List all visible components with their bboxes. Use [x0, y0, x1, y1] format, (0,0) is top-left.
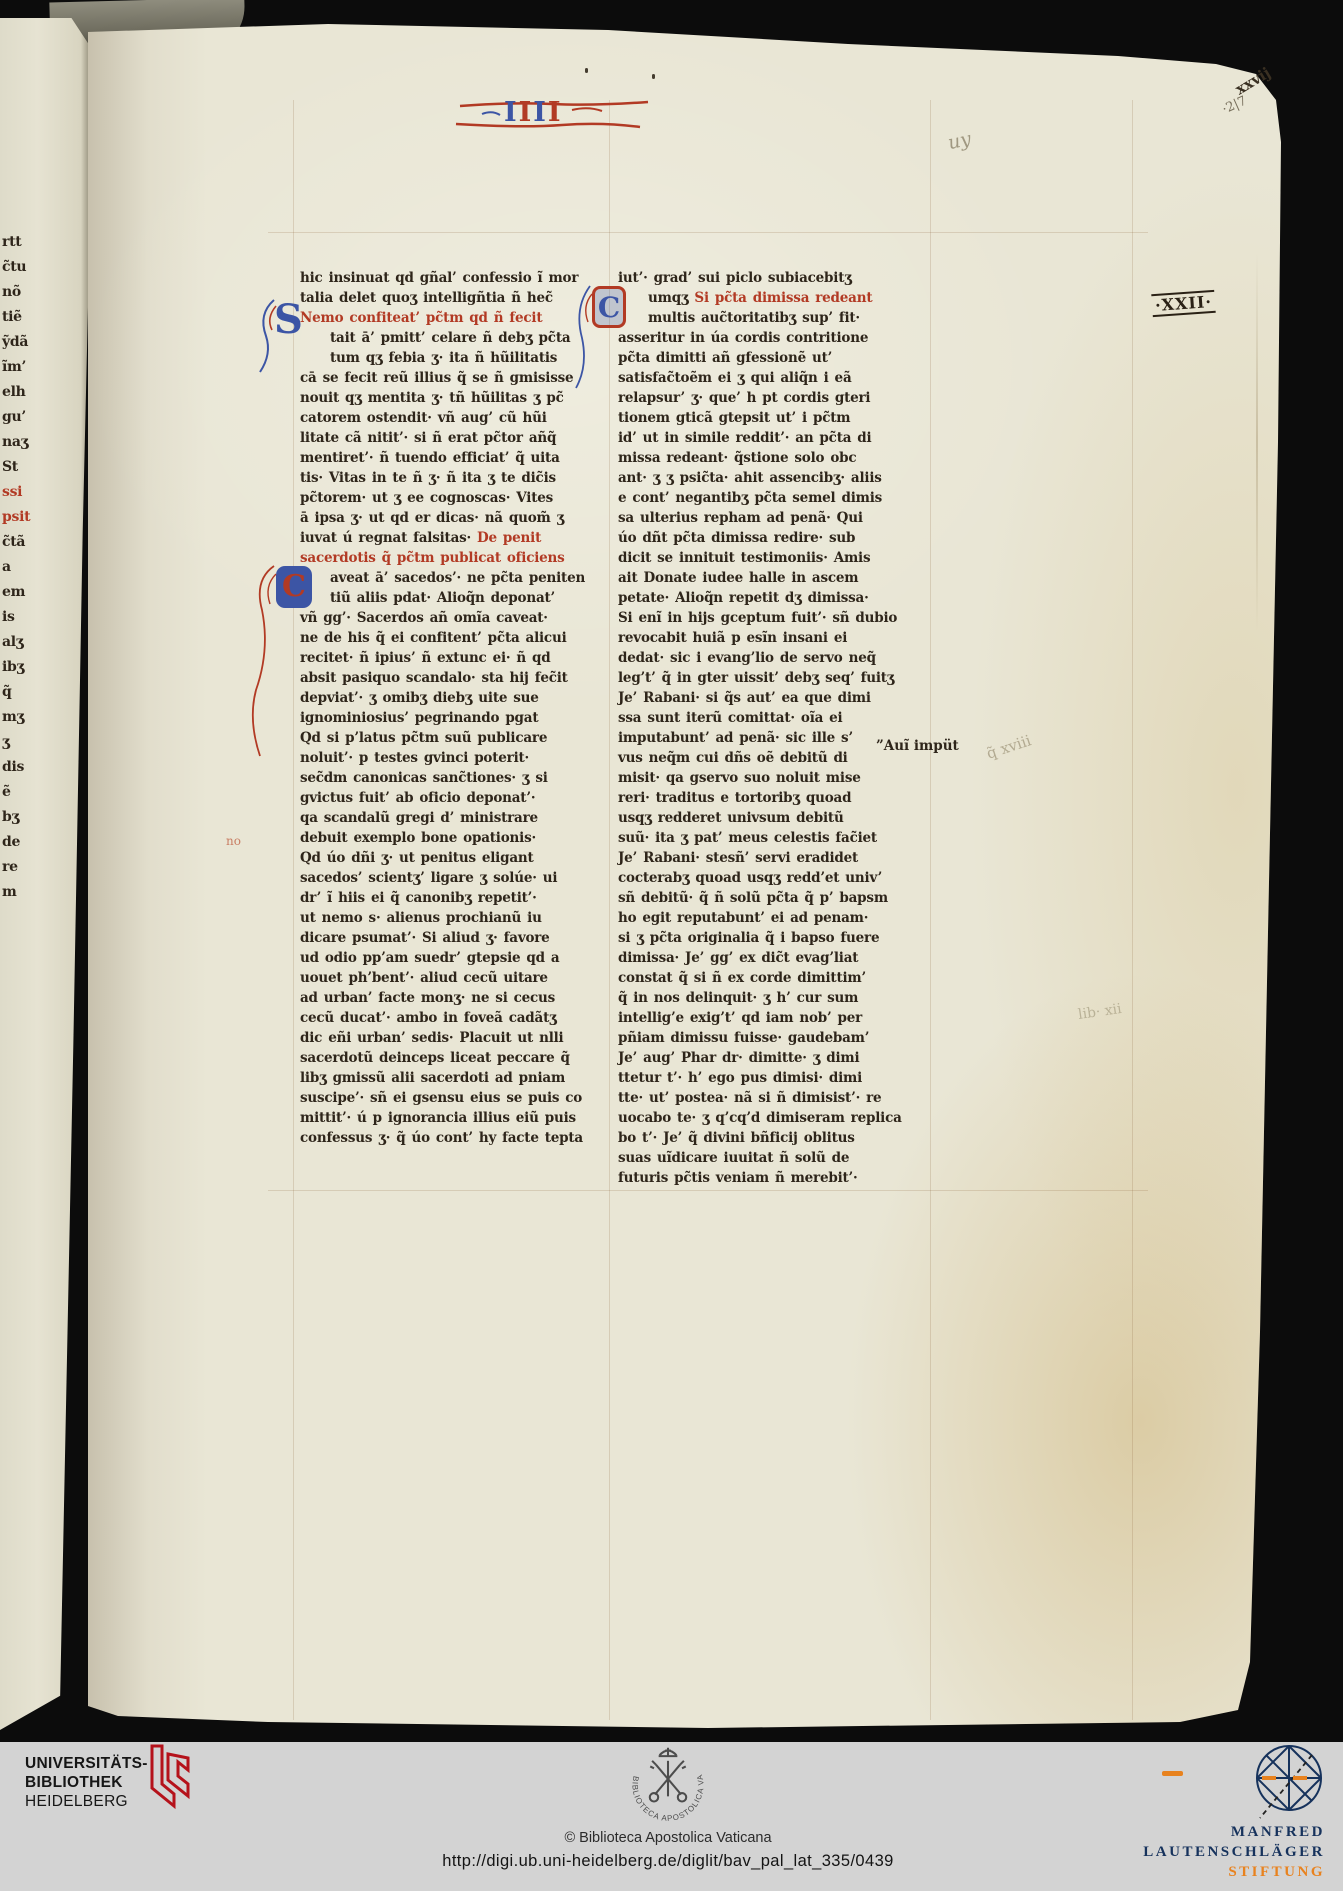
body-text: tis· Vitas in te ñ ʒ· ñ ita ʒ te dic̃is — [300, 470, 556, 486]
manuscript-text-line: qa scandalũ gregi d’ ministrare — [300, 808, 612, 828]
facing-page-fragment: ibʒ — [2, 655, 56, 680]
manuscript-text-line: ā ipsa ʒ· ut qd er dicas· nã quom̃ ʒ — [300, 508, 612, 528]
manuscript-text-line: suscipe’· sñ ei gsensu eius se puis co — [300, 1088, 612, 1108]
manuscript-text-line: catorem ostendit· vñ aug’ cũ hũi — [300, 408, 612, 428]
body-text: e cont’ negantibʒ pc̃ta semel dimis — [618, 490, 882, 506]
manuscript-text-line: noluit’· p testes gvinci poterit· — [300, 748, 612, 768]
facing-page-fragment: gu’ — [2, 405, 56, 430]
ub-logo-line: BIBLIOTHEK — [25, 1773, 148, 1792]
margin-chapter-number: ·XXII· — [1151, 290, 1215, 317]
body-text: ud odio pp’am suedr’ gtepsie qd a — [300, 950, 559, 966]
manuscript-text-line: petate· Alioq̃n repetit dʒ dimissa· — [618, 588, 930, 608]
body-text: futuris pc̃tis veniam ñ merebit’· — [618, 1170, 858, 1186]
parchment-crease — [1256, 252, 1258, 632]
body-text: tte· ut’ postea· nã si ñ dimisist’· re — [618, 1090, 881, 1106]
manuscript-text-line: Si enĩ in hijs gceptum fuit’· sñ dubio — [618, 608, 930, 628]
body-text: intellig’e exig’t’ qd iam nob’ per — [618, 1010, 862, 1026]
body-text: talia delet quoʒ intelligñtia ñ hec̃ — [300, 290, 553, 306]
facing-page-fragment: mʒ — [2, 705, 56, 730]
manuscript-text-line: ud odio pp’am suedr’ gtepsie qd a — [300, 948, 612, 968]
body-text: ignominiosius’ pegrinando pgat — [300, 710, 538, 726]
body-text: libʒ gmissũ alii sacerdoti ad pniam — [300, 1070, 565, 1086]
manuscript-text-line: futuris pc̃tis veniam ñ merebit’· — [618, 1168, 930, 1188]
body-text: tiũ aliis pdat· Alioq̃n deponat’ — [330, 590, 555, 606]
manuscript-text-line: ait Donate iudee halle in ascem — [618, 568, 930, 588]
foundation-line: MANFRED — [1065, 1822, 1325, 1842]
body-text: ssa sunt iterũ comittat· oĩa ei — [618, 710, 843, 726]
manuscript-text-line: id’ ut in simile reddit’· an pc̃ta di — [618, 428, 930, 448]
margin-gloss-ink: ”Auĩ impüt — [876, 738, 959, 754]
body-text: dedat· sic i evang’lio de servo neq̃ — [618, 650, 876, 666]
manuscript-text-line: hic insinuat qd gñal’ confessio ĩ mor — [300, 268, 612, 288]
facing-page-fragment: rtt — [2, 230, 56, 255]
facing-page-fragment: ssi — [2, 480, 56, 505]
body-text: Je’ Rabani· si q̃s aut’ ea que dimi — [618, 690, 871, 706]
body-text: petate· Alioq̃n repetit dʒ dimissa· — [618, 590, 869, 606]
body-text: ad urban’ facte monʒ· ne si cecus — [300, 990, 555, 1006]
numeral-letter: I — [504, 97, 519, 128]
body-text: asseritur in úa cordis contritione — [618, 330, 868, 346]
foundation-line: LAUTENSCHLÄGER — [1065, 1842, 1325, 1862]
manuscript-text-line: úo dñt pc̃ta dimissa redire· sub — [618, 528, 930, 548]
body-text: sacerdotũ deinceps liceat peccare q̃ — [300, 1050, 570, 1066]
manuscript-text-line: missa redeant· q̃stione solo obc — [618, 448, 930, 468]
ruling-line-horizontal — [268, 232, 1148, 233]
manuscript-text-line: debuit exemplo bone opationis· — [300, 828, 612, 848]
manuscript-text-line: q̃ in nos delinquit· ʒ h’ cur sum — [618, 988, 930, 1008]
body-text: recitet· ñ ipius’ ñ extunc ei· ñ qd — [300, 650, 551, 666]
university-library-logo-text: UNIVERSITÄTS- BIBLIOTHEK HEIDELBERG — [25, 1754, 148, 1811]
body-text: leg’t’ q̃ in gter uissit’ debʒ seq’ fuit… — [618, 670, 894, 686]
body-text: revocabit huiã p esĩn insani ei — [618, 630, 847, 646]
facing-page-fragment: em — [2, 580, 56, 605]
manuscript-text-line: cecũ ducat’· ambo in foveã cadãtʒ — [300, 1008, 612, 1028]
manuscript-text-line: revocabit huiã p esĩn insani ei — [618, 628, 930, 648]
manuscript-text-line: tait ā’ pmitt’ celare ñ debʒ pc̃ta — [300, 328, 612, 348]
manuscript-text-line: usqʒ redderet univsum debitũ — [618, 808, 930, 828]
manuscript-text-line: bo t’· Je’ q̃ divini bñficij oblitus — [618, 1128, 930, 1148]
body-text: uocabo te· ʒ q’cq’d dimiseram replica — [618, 1110, 902, 1126]
body-text: dimissa· Je’ gg’ ex dic̃t evag’liat — [618, 950, 858, 966]
manuscript-text-line: sacedos’ scientʒ’ ligare ʒ solúe· ui — [300, 868, 612, 888]
body-text: ho egit reputabunt’ ei ad penam· — [618, 910, 868, 926]
facing-page-fragment: nõ — [2, 280, 56, 305]
manuscript-text-line: ttetur t’· h’ ego pus dimisi· dimi — [618, 1068, 930, 1088]
manuscript-text-line: dimissa· Je’ gg’ ex dic̃t evag’liat — [618, 948, 930, 968]
text-column-right: iut’· grad’ sui piclo subiacebitʒumqʒ Si… — [618, 268, 930, 1188]
lautenschlaeger-foundation-text: MANFRED LAUTENSCHLÄGER STIFTUNG — [1065, 1822, 1325, 1882]
chapter-numeral-heading: IIII — [452, 92, 652, 136]
facing-page-fragment: m — [2, 880, 56, 905]
facing-page-fragment: alʒ — [2, 630, 56, 655]
body-text: uouet ph’bent’· aliud cecũ uitare — [300, 970, 548, 986]
manuscript-text-line: leg’t’ q̃ in gter uissit’ debʒ seq’ fuit… — [618, 668, 930, 688]
manuscript-text-line: cocterabʒ quoad usqʒ redd’et univ’ — [618, 868, 930, 888]
facing-page-fragment: c̃tã — [2, 530, 56, 555]
body-text: vus neq̃m cui dñs oẽ debitũ di — [618, 750, 848, 766]
body-text: constat q̃ si ñ ex corde dimittim’ — [618, 970, 866, 986]
body-text: satisfac̃toẽm ei ʒ qui aliq̃n i eã — [618, 370, 852, 386]
manuscript-text-line: constat q̃ si ñ ex corde dimittim’ — [618, 968, 930, 988]
manuscript-text-line: uouet ph’bent’· aliud cecũ uitare — [300, 968, 612, 988]
manuscript-text-line: e cont’ negantibʒ pc̃ta semel dimis — [618, 488, 930, 508]
body-text: absit pasiquo scandalo· sta hij fec̃it — [300, 670, 568, 686]
body-text: id’ ut in simile reddit’· an pc̃ta di — [618, 430, 871, 446]
body-text: ait Donate iudee halle in ascem — [618, 570, 858, 586]
manuscript-text-line: tum qʒ febia ʒ· ita ñ hũilitatis — [300, 348, 612, 368]
manuscript-text-line: absit pasiquo scandalo· sta hij fec̃it — [300, 668, 612, 688]
body-text: q̃ in nos delinquit· ʒ h’ cur sum — [618, 990, 858, 1006]
manuscript-text-line: ant· ʒ ʒ psic̃ta· ahit assencibʒ· aliis — [618, 468, 930, 488]
ub-heidelberg-book-icon — [138, 1744, 196, 1810]
facing-page-fragment: ẽ — [2, 780, 56, 805]
manuscript-text-line: suũ· ita ʒ pat’ meus celestis fac̃iet — [618, 828, 930, 848]
body-text: litate cã nitit’· si ñ erat pc̃tor añq̃ — [300, 430, 556, 446]
manuscript-text-line: depviat’· ʒ omibʒ diebʒ uite sue — [300, 688, 612, 708]
body-text: multis auc̃toritatibʒ sup’ fit· — [648, 310, 860, 326]
facing-page-fragment: ĩm’ — [2, 355, 56, 380]
body-text: iuvat ú regnat falsitas· — [300, 530, 477, 546]
body-text: reri· traditus e tortoribʒ quoad — [618, 790, 851, 806]
manuscript-text-line: dic eñi urban’ sedis· Placuit ut nlli — [300, 1028, 612, 1048]
facing-page-fragment: ʒ — [2, 730, 56, 755]
ruling-line-vertical — [930, 100, 931, 1720]
manuscript-text-line: pc̃ta dimitti añ gfessionẽ ut’ — [618, 348, 930, 368]
decorated-initial-C: C — [592, 286, 626, 328]
ub-logo-line: UNIVERSITÄTS- — [25, 1754, 148, 1773]
facing-page-fragment: de — [2, 830, 56, 855]
body-text: tum qʒ febia ʒ· ita ñ hũilitatis — [330, 350, 557, 366]
manuscript-text-line: pc̃torem· ut ʒ ee cognoscas· Vites — [300, 488, 612, 508]
ink-speck — [652, 74, 655, 79]
body-text: cecũ ducat’· ambo in foveã cadãtʒ — [300, 1010, 557, 1026]
facing-page-fragment: naʒ — [2, 430, 56, 455]
digitized-manuscript-scan: rttc̃tunõtiẽỹdãĩm’elhgu’naʒStssipsitc̃… — [0, 0, 1343, 1891]
ruling-line-vertical — [293, 100, 294, 1720]
facing-page-text-fragments: rttc̃tunõtiẽỹdãĩm’elhgu’naʒStssipsitc̃… — [2, 230, 56, 905]
ruling-line-vertical — [1132, 100, 1133, 1720]
rubric-text: Nemo confiteat’ pc̃tm qd ñ fecit — [300, 310, 542, 326]
source-url: http://digi.ub.uni-heidelberg.de/diglit/… — [338, 1852, 998, 1871]
manuscript-text-line: uocabo te· ʒ q’cq’d dimiseram replica — [618, 1108, 930, 1128]
manuscript-text-line: sacerdotũ deinceps liceat peccare q̃ — [300, 1048, 612, 1068]
numeral-letter: I — [533, 97, 548, 128]
body-text: dicit se innituit testimoniis· Amis — [618, 550, 870, 566]
manuscript-text-line: ignominiosius’ pegrinando pgat — [300, 708, 612, 728]
body-text: suũ· ita ʒ pat’ meus celestis fac̃iet — [618, 830, 877, 846]
manuscript-text-line: satisfac̃toẽm ei ʒ qui aliq̃n i eã — [618, 368, 930, 388]
body-text: misit· qa gservo suo noluit mise — [618, 770, 861, 786]
numeral-text: IIII — [504, 98, 563, 128]
manuscript-text-line: dedat· sic i evang’lio de servo neq̃ — [618, 648, 930, 668]
facing-page-fragment: dis — [2, 755, 56, 780]
body-text: suscipe’· sñ ei gsensu eius se puis co — [300, 1090, 582, 1106]
manuscript-text-line: confessus ʒ· q̃ úo cont’ hy facte tepta — [300, 1128, 612, 1148]
manuscript-text-line: talia delet quoʒ intelligñtia ñ hec̃ — [300, 288, 612, 308]
body-text: sa ulterius repham ad penã· Qui — [618, 510, 863, 526]
facing-page-fragment: bʒ — [2, 805, 56, 830]
facing-page-fragment: tiẽ — [2, 305, 56, 330]
body-text: si ʒ pc̃ta originalia q̃ i bapso fuere — [618, 930, 879, 946]
body-text: ne de his q̃ ei confitent’ pc̃ta alicui — [300, 630, 567, 646]
numeral-letter: I — [519, 97, 534, 128]
body-text: relapsur’ ʒ· que’ h pt cordis gteri — [618, 390, 870, 406]
manuscript-text-line: gvictus fuit’ ab oficio deponat’· — [300, 788, 612, 808]
manuscript-text-line: dicare psumat’· Si aliud ʒ· favore — [300, 928, 612, 948]
foundation-logo-dash — [1162, 1771, 1183, 1776]
manuscript-text-line: litate cã nitit’· si ñ erat pc̃tor añq̃ — [300, 428, 612, 448]
body-text: Qd úo dñi ʒ· ut penitus eligant — [300, 850, 534, 866]
body-text: suas uĩdicare iuuitat ñ solũ de — [618, 1150, 849, 1166]
manuscript-text-line: ut nemo s· alienus prochianũ iu — [300, 908, 612, 928]
body-text: depviat’· ʒ omibʒ diebʒ uite sue — [300, 690, 539, 706]
body-text: dr’ ĩ hiis ei q̃ canonibʒ repetit’· — [300, 890, 537, 906]
manuscript-text-line: nouit qʒ mentita ʒ· tñ hũilitas ʒ pc̃ — [300, 388, 612, 408]
manuscript-text-line: asseritur in úa cordis contritione — [618, 328, 930, 348]
manuscript-text-line: pñiam dimissu fuisse· gaudebam’ — [618, 1028, 930, 1048]
body-text: ā ipsa ʒ· ut qd er dicas· nã quom̃ ʒ — [300, 510, 564, 526]
body-text: iut’· grad’ sui piclo subiacebitʒ — [618, 270, 852, 286]
lautenschlaeger-foundation-icon — [1246, 1742, 1332, 1828]
decorated-initial-S: S — [274, 300, 303, 340]
body-text: gvictus fuit’ ab oficio deponat’· — [300, 790, 535, 806]
decorated-initial-C: C — [276, 566, 312, 608]
foundation-line: STIFTUNG — [1065, 1862, 1325, 1882]
body-text: dic eñi urban’ sedis· Placuit ut nlli — [300, 1030, 564, 1046]
body-text: confessus ʒ· q̃ úo cont’ hy facte tepta — [300, 1130, 583, 1146]
manuscript-text-line: reri· traditus e tortoribʒ quoad — [618, 788, 930, 808]
manuscript-text-line: tionem gticã gtepsit ut’ i pc̃tm — [618, 408, 930, 428]
manuscript-text-line: mittit’· ú p ignorancia illius eiũ puis — [300, 1108, 612, 1128]
facing-page-fragment: St — [2, 455, 56, 480]
manuscript-text-line: Nemo confiteat’ pc̃tm qd ñ fecit — [300, 308, 612, 328]
rubric-text: De penit — [477, 530, 541, 546]
manuscript-text-line: dr’ ĩ hiis ei q̃ canonibʒ repetit’· — [300, 888, 612, 908]
manuscript-text-line: ad urban’ facte monʒ· ne si cecus — [300, 988, 612, 1008]
body-text: vñ gg’· Sacerdos añ omĩa caveat· — [300, 610, 548, 626]
body-text: cocterabʒ quoad usqʒ redd’et univ’ — [618, 870, 882, 886]
facing-page-edge: rttc̃tunõtiẽỹdãĩm’elhgu’naʒStssipsitc̃… — [0, 18, 94, 1730]
body-text: mittit’· ú p ignorancia illius eiũ puis — [300, 1110, 576, 1126]
ink-speck — [585, 68, 588, 73]
manuscript-text-line: aveat ā’ sacedos’· ne pc̃ta peniten — [300, 568, 612, 588]
manuscript-text-line: vñ gg’· Sacerdos añ omĩa caveat· — [300, 608, 612, 628]
manuscript-text-line: Qd si p’latus pc̃tm suũ publicare — [300, 728, 612, 748]
body-text: pc̃torem· ut ʒ ee cognoscas· Vites — [300, 490, 553, 506]
manuscript-text-line: sñ debitũ· q̃ ñ solũ pc̃ta q̃ p’ bapsm — [618, 888, 930, 908]
manuscript-text-line: Je’ aug’ Phar dr· dimitte· ʒ dimi — [618, 1048, 930, 1068]
body-text: imputabunt’ ad penã· sic ille s’ — [618, 730, 853, 746]
manuscript-text-line: intellig’e exig’t’ qd iam nob’ per — [618, 1008, 930, 1028]
manuscript-text-line: suas uĩdicare iuuitat ñ solũ de — [618, 1148, 930, 1168]
facing-page-fragment: is — [2, 605, 56, 630]
manuscript-text-line: libʒ gmissũ alii sacerdoti ad pniam — [300, 1068, 612, 1088]
manuscript-text-line: tte· ut’ postea· nã si ñ dimisist’· re — [618, 1088, 930, 1108]
body-text: missa redeant· q̃stione solo obc — [618, 450, 856, 466]
manuscript-text-line: sec̃dm canonicas sanc̃tiones· ʒ si — [300, 768, 612, 788]
pencil-squiggle-note: uy — [946, 128, 973, 154]
facing-page-fragment: re — [2, 855, 56, 880]
body-text: mentiret’· ñ tuendo efficiat’ q̃ uita — [300, 450, 560, 466]
facing-page-fragment: a — [2, 555, 56, 580]
text-column-left: hic insinuat qd gñal’ confessio ĩ mortal… — [300, 268, 612, 1148]
facing-page-fragment: elh — [2, 380, 56, 405]
manuscript-text-line: iut’· grad’ sui piclo subiacebitʒ — [618, 268, 930, 288]
manuscript-text-line: Je’ Rabani· si q̃s aut’ ea que dimi — [618, 688, 930, 708]
body-text: Je’ aug’ Phar dr· dimitte· ʒ dimi — [618, 1050, 859, 1066]
body-text: tionem gticã gtepsit ut’ i pc̃tm — [618, 410, 850, 426]
body-text: dicare psumat’· Si aliud ʒ· favore — [300, 930, 550, 946]
manuscript-text-line: tis· Vitas in te ñ ʒ· ñ ita ʒ te dic̃is — [300, 468, 612, 488]
body-text: nouit qʒ mentita ʒ· tñ hũilitas ʒ pc̃ — [300, 390, 564, 406]
body-text: aveat ā’ sacedos’· ne pc̃ta peniten — [330, 570, 585, 586]
facing-page-fragment: q̃ — [2, 680, 56, 705]
numeral-letter: I — [548, 97, 563, 128]
manuscript-text-line: Je’ Rabani· stesñ’ servi eradidet — [618, 848, 930, 868]
body-text: sñ debitũ· q̃ ñ solũ pc̃ta q̃ p’ bapsm — [618, 890, 888, 906]
body-text: Je’ Rabani· stesñ’ servi eradidet — [618, 850, 858, 866]
body-text: bo t’· Je’ q̃ divini bñficij oblitus — [618, 1130, 855, 1146]
ub-logo-line: HEIDELBERG — [25, 1792, 148, 1811]
red-margin-note: no — [226, 834, 241, 848]
manuscript-text-line: mentiret’· ñ tuendo efficiat’ q̃ uita — [300, 448, 612, 468]
body-text: usqʒ redderet univsum debitũ — [618, 810, 844, 826]
body-text: sacedos’ scientʒ’ ligare ʒ solúe· ui — [300, 870, 557, 886]
body-text: tait ā’ pmitt’ celare ñ debʒ pc̃ta — [330, 330, 570, 346]
body-text: ttetur t’· h’ ego pus dimisi· dimi — [618, 1070, 862, 1086]
vatican-library-seal: BIBLIOTECA APOSTOLICA VATICANA — [596, 1744, 740, 1830]
manuscript-text-line: ssa sunt iterũ comittat· oĩa ei — [618, 708, 930, 728]
body-text: noluit’· p testes gvinci poterit· — [300, 750, 529, 766]
manuscript-text-line: recitet· ñ ipius’ ñ extunc ei· ñ qd — [300, 648, 612, 668]
body-text: úo dñt pc̃ta dimissa redire· sub — [618, 530, 855, 546]
manuscript-text-line: Qd úo dñi ʒ· ut penitus eligant — [300, 848, 612, 868]
manuscript-text-line: ne de his q̃ ei confitent’ pc̃ta alicui — [300, 628, 612, 648]
body-text: debuit exemplo bone opationis· — [300, 830, 536, 846]
body-text: pñiam dimissu fuisse· gaudebam’ — [618, 1030, 869, 1046]
body-text: cā se fecit reũ illius q̃ se ñ gmisisse — [300, 370, 573, 386]
manuscript-text-line: sa ulterius repham ad penã· Qui — [618, 508, 930, 528]
body-text: hic insinuat qd gñal’ confessio ĩ mor — [300, 270, 578, 286]
body-text: ut nemo s· alienus prochianũ iu — [300, 910, 542, 926]
manuscript-text-line: tiũ aliis pdat· Alioq̃n deponat’ — [300, 588, 612, 608]
body-text: Qd si p’latus pc̃tm suũ publicare — [300, 730, 547, 746]
ruling-line-horizontal — [268, 1190, 1148, 1191]
manuscript-text-line: ho egit reputabunt’ ei ad penam· — [618, 908, 930, 928]
manuscript-text-line: relapsur’ ʒ· que’ h pt cordis gteri — [618, 388, 930, 408]
manuscript-text-line: multis auc̃toritatibʒ sup’ fit· — [618, 308, 930, 328]
rubric-text: Si pc̃ta dimissa redeant — [694, 290, 872, 306]
body-text: catorem ostendit· vñ aug’ cũ hũi — [300, 410, 547, 426]
body-text: umqʒ — [648, 290, 694, 306]
manuscript-text-line: misit· qa gservo suo noluit mise — [618, 768, 930, 788]
body-text: ant· ʒ ʒ psic̃ta· ahit assencibʒ· aliis — [618, 470, 882, 486]
manuscript-text-line: si ʒ pc̃ta originalia q̃ i bapso fuere — [618, 928, 930, 948]
rubric-text: sacerdotis q̃ pc̃tm publicat oficiens — [300, 550, 565, 566]
copyright-line: © Biblioteca Apostolica Vaticana — [468, 1830, 868, 1846]
body-text: qa scandalũ gregi d’ ministrare — [300, 810, 538, 826]
manuscript-text-line: cā se fecit reũ illius q̃ se ñ gmisisse — [300, 368, 612, 388]
manuscript-text-line: iuvat ú regnat falsitas· De penit — [300, 528, 612, 548]
facing-page-fragment: ỹdã — [2, 330, 56, 355]
body-text: sec̃dm canonicas sanc̃tiones· ʒ si — [300, 770, 548, 786]
manuscript-text-line: dicit se innituit testimoniis· Amis — [618, 548, 930, 568]
facing-page-fragment: c̃tu — [2, 255, 56, 280]
body-text: pc̃ta dimitti añ gfessionẽ ut’ — [618, 350, 832, 366]
facing-page-fragment: psit — [2, 505, 56, 530]
body-text: Si enĩ in hijs gceptum fuit’· sñ dubio — [618, 610, 897, 626]
manuscript-text-line: sacerdotis q̃ pc̃tm publicat oficiens — [300, 548, 612, 568]
manuscript-text-line: umqʒ Si pc̃ta dimissa redeant — [618, 288, 930, 308]
